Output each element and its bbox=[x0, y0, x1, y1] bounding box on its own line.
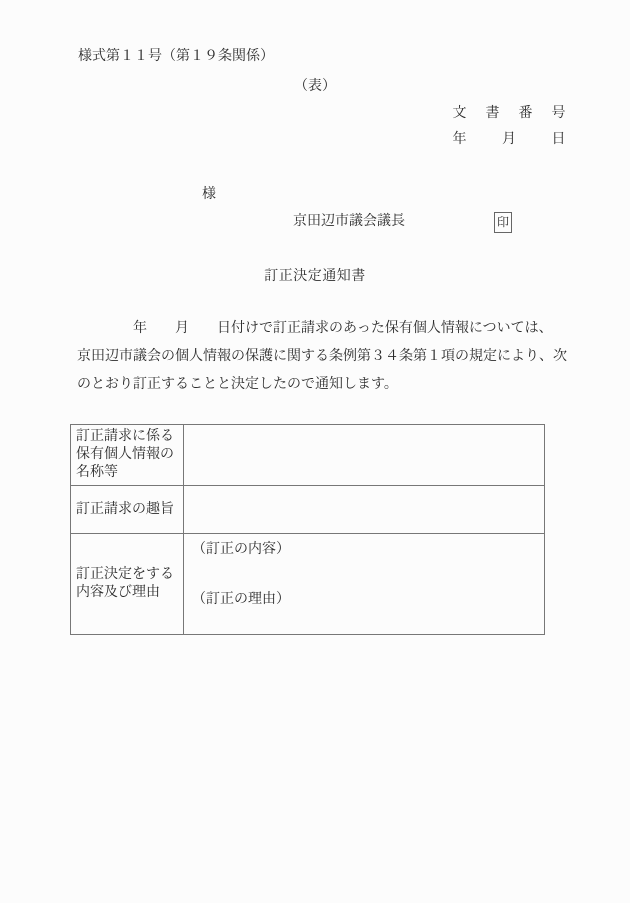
date-placeholder: 年 月 日 bbox=[453, 133, 569, 147]
table-row: 訂正請求に係る保有個人情報の名称等 bbox=[71, 425, 545, 486]
addressee-suffix: 様 bbox=[202, 188, 216, 202]
row-label-target-info: 訂正請求に係る保有個人情報の名称等 bbox=[71, 425, 184, 486]
side-label: （表） bbox=[0, 80, 630, 94]
body-line-3: のとおり訂正することと決定したので通知します。 bbox=[77, 371, 581, 399]
document-title: 訂正決定通知書 bbox=[0, 270, 630, 284]
correction-content-heading: （訂正の内容） bbox=[192, 541, 536, 559]
table-row: 訂正請求の趣旨 bbox=[71, 486, 545, 534]
body-paragraph: 年 月 日付けで訂正請求のあった保有個人情報については、 京田辺市議会の個人情報… bbox=[77, 315, 581, 399]
row-value-decision-content: （訂正の内容） （訂正の理由） bbox=[184, 534, 545, 635]
document-number-placeholder: 文 書 番 号 bbox=[453, 107, 569, 121]
document-page: 様式第１１号（第１９条関係） （表） 文 書 番 号 年 月 日 様 京田辺市議… bbox=[0, 0, 630, 903]
correction-reason-heading: （訂正の理由） bbox=[192, 591, 536, 609]
request-details-table: 訂正請求に係る保有個人情報の名称等 訂正請求の趣旨 訂正決定をする内容及び理由 … bbox=[70, 424, 545, 635]
row-label-decision-content: 訂正決定をする内容及び理由 bbox=[71, 534, 184, 635]
form-number-heading: 様式第１１号（第１９条関係） bbox=[78, 50, 274, 64]
row-value-request-purpose bbox=[184, 486, 545, 534]
table-row: 訂正決定をする内容及び理由 （訂正の内容） （訂正の理由） bbox=[71, 534, 545, 635]
seal-stamp-box: 印 bbox=[494, 212, 512, 233]
body-line-1: 年 月 日付けで訂正請求のあった保有個人情報については、 bbox=[77, 315, 581, 343]
row-label-request-purpose: 訂正請求の趣旨 bbox=[71, 486, 184, 534]
body-line-2: 京田辺市議会の個人情報の保護に関する条例第３４条第１項の規定により、次 bbox=[77, 343, 581, 371]
sender-title: 京田辺市議会議長 bbox=[293, 215, 405, 229]
row-value-target-info bbox=[184, 425, 545, 486]
